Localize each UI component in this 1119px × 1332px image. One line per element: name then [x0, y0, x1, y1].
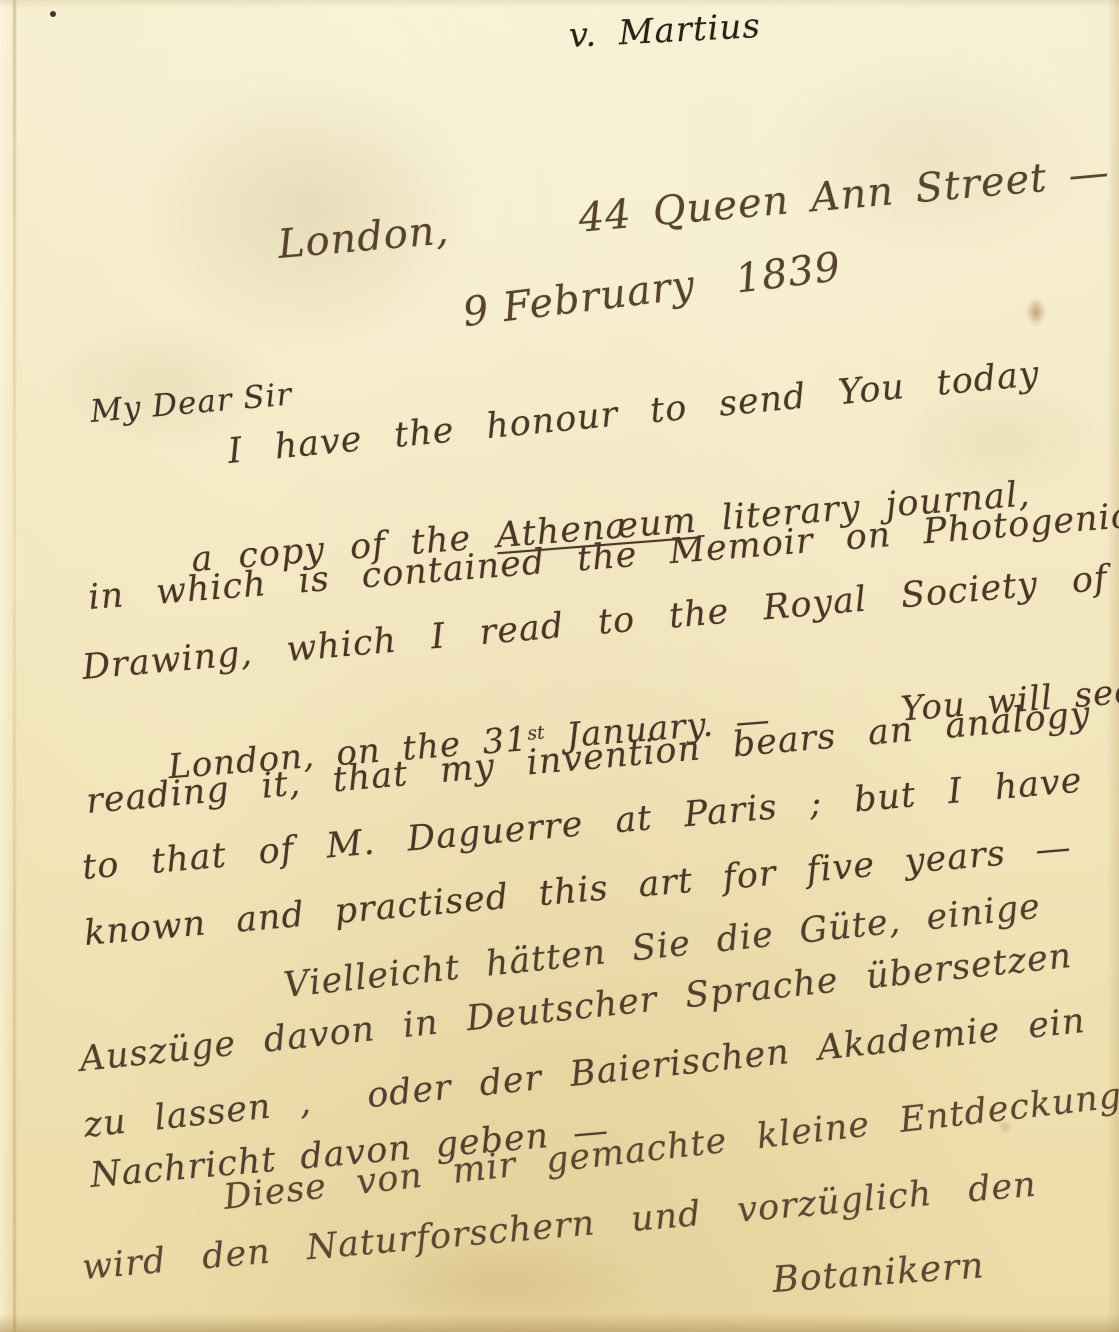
stain-mark: [1026, 298, 1046, 326]
letter-sheet: v. Martius London, 44 Queen Ann Street —…: [0, 0, 1119, 1332]
paper-bottom-edge: [0, 1314, 1119, 1332]
recipient-annotation: v. Martius: [568, 6, 762, 56]
body-line-german: Botanikern: [771, 1245, 986, 1301]
salutation: My Dear Sir: [89, 376, 294, 430]
address-line: London, 44 Queen Ann Street —: [276, 149, 1112, 268]
ink-spot: [50, 11, 56, 17]
date-line: 9 February 1839: [460, 244, 843, 336]
paper-top-edge: [0, 0, 1119, 8]
fold-crease: [13, 0, 16, 1332]
paper-left-edge: [0, 0, 13, 1332]
